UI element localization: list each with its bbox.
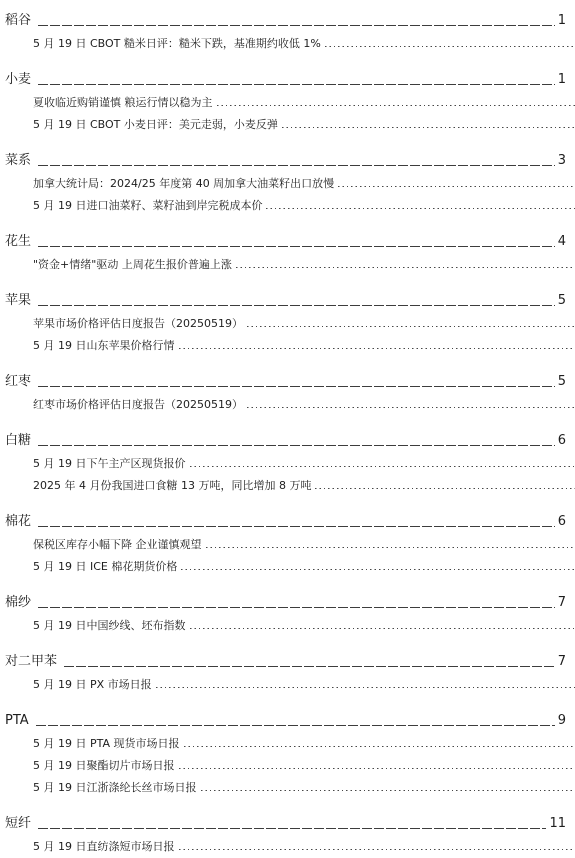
toc-section-row[interactable]: 白糖6: [5, 425, 566, 448]
dotted-leader: [184, 746, 575, 747]
toc-entry-title: 5 月 19 日 CBOT 小麦日评：美元走弱，小麦反弹: [33, 118, 278, 131]
section-page-number: 1: [558, 14, 566, 28]
toc-section-title: 对二甲苯: [5, 655, 57, 669]
section-page-number: 5: [558, 375, 566, 389]
toc-section-title: 稻谷: [5, 14, 31, 28]
dotted-leader: [325, 46, 575, 47]
dotted-leader: [315, 488, 575, 489]
toc-entry-title: "资金+情绪"驱动 上周花生报价普遍上涨: [33, 258, 232, 271]
toc-section-row[interactable]: PTA9: [5, 705, 566, 728]
section-page-number: 6: [558, 434, 566, 448]
dotted-leader: [179, 849, 575, 850]
dotted-leader: [282, 127, 575, 128]
toc-entry-title: 5 月 19 日 CBOT 糙米日评：糙米下跌，基准期约收低 1%: [33, 37, 321, 50]
section-page-number: 7: [558, 655, 566, 669]
toc-entry-row[interactable]: 5 月 19 日下午主产区现货报价6: [5, 448, 575, 470]
toc-section-row[interactable]: 菜系3: [5, 145, 566, 168]
section-page-number: 11: [549, 817, 566, 831]
underscore-leader: [38, 246, 555, 248]
section-page-number: 7: [558, 596, 566, 610]
underscore-leader: [64, 666, 555, 668]
toc-section-title: 小麦: [5, 73, 31, 87]
toc-section-title: 菜系: [5, 154, 31, 168]
dotted-leader: [201, 790, 575, 791]
toc-entry-title: 2025 年 4 月份我国进口食糖 13 万吨，同比增加 8 万吨: [33, 479, 311, 492]
dotted-leader: [156, 687, 575, 688]
dotted-leader: [217, 105, 575, 106]
underscore-leader: [38, 828, 546, 830]
toc-entry-title: 5 月 19 日 PX 市场日报: [33, 678, 152, 691]
document-page: 稻谷15 月 19 日 CBOT 糙米日评：糙米下跌，基准期约收低 1%1小麦1…: [0, 0, 575, 858]
toc-entry-title: 5 月 19 日下午主产区现货报价: [33, 457, 186, 470]
section-page-number: 4: [558, 235, 566, 249]
toc-entry-title: 红枣市场价格评估日度报告（20250519）: [33, 398, 243, 411]
toc-section-row[interactable]: 苹果5: [5, 285, 566, 308]
dotted-leader: [181, 569, 575, 570]
toc-entry-title: 5 月 19 日直纺涤短市场日报: [33, 840, 175, 853]
toc-section-title: 红枣: [5, 375, 31, 389]
toc-entry-row[interactable]: 5 月 19 日江浙涤纶长丝市场日报10: [5, 772, 575, 794]
underscore-leader: [36, 725, 555, 727]
toc-entry-row[interactable]: 5 月 19 日 ICE 棉花期货价格7: [5, 551, 575, 573]
toc-entry-title: 加拿大统计局：2024/25 年度第 40 周加拿大油菜籽出口放慢: [33, 177, 334, 190]
dotted-leader: [179, 768, 575, 769]
underscore-leader: [38, 165, 555, 167]
section-page-number: 6: [558, 515, 566, 529]
underscore-leader: [38, 84, 555, 86]
dotted-leader: [190, 466, 575, 467]
toc-section-row[interactable]: 棉花6: [5, 506, 566, 529]
section-page-number: 5: [558, 294, 566, 308]
toc-entry-title: 5 月 19 日中国纱线、坯布指数: [33, 619, 186, 632]
toc-entry-row[interactable]: 5 月 19 日直纺涤短市场日报11: [5, 831, 575, 853]
underscore-leader: [38, 386, 555, 388]
underscore-leader: [38, 25, 555, 27]
section-page-number: 9: [558, 714, 566, 728]
dotted-leader: [266, 208, 575, 209]
toc-section-row[interactable]: 红枣5: [5, 366, 566, 389]
dotted-leader: [247, 326, 575, 327]
toc-section-row[interactable]: 对二甲苯7: [5, 646, 566, 669]
toc-section-row[interactable]: 花生4: [5, 226, 566, 249]
toc-section-title: 苹果: [5, 294, 31, 308]
toc-entry-row[interactable]: 5 月 19 日山东苹果价格行情5: [5, 330, 575, 352]
toc-entry-row[interactable]: "资金+情绪"驱动 上周花生报价普遍上涨4: [5, 249, 575, 271]
toc-entry-row[interactable]: 夏收临近购销谨慎 粮运行情以稳为主1: [5, 87, 575, 109]
toc-entry-title: 5 月 19 日 ICE 棉花期货价格: [33, 560, 177, 573]
dotted-leader: [190, 628, 575, 629]
underscore-leader: [38, 445, 555, 447]
toc-entry-title: 5 月 19 日 PTA 现货市场日报: [33, 737, 180, 750]
underscore-leader: [38, 526, 555, 528]
dotted-leader: [236, 267, 575, 268]
toc-entry-row[interactable]: 红枣市场价格评估日度报告（20250519）5: [5, 389, 575, 411]
toc-entry-row[interactable]: 5 月 19 日 CBOT 糙米日评：糙米下跌，基准期约收低 1%1: [5, 28, 575, 50]
toc-section-title: 棉花: [5, 515, 31, 529]
toc-section-row[interactable]: 棉纱7: [5, 587, 566, 610]
toc-entry-title: 5 月 19 日进口油菜籽、菜籽油到岸完税成本价: [33, 199, 262, 212]
dotted-leader: [247, 407, 575, 408]
toc-section-row[interactable]: 短纤11: [5, 808, 566, 831]
section-page-number: 1: [558, 73, 566, 87]
toc-section-row[interactable]: 小麦1: [5, 64, 566, 87]
toc-entry-title: 保税区库存小幅下降 企业谨慎观望: [33, 538, 202, 551]
dotted-leader: [338, 186, 575, 187]
dotted-leader: [206, 547, 575, 548]
table-of-contents: 稻谷15 月 19 日 CBOT 糙米日评：糙米下跌，基准期约收低 1%1小麦1…: [5, 5, 566, 853]
underscore-leader: [38, 607, 555, 609]
toc-entry-row[interactable]: 5 月 19 日聚酯切片市场日报10: [5, 750, 575, 772]
toc-entry-row[interactable]: 5 月 19 日 PTA 现货市场日报9: [5, 728, 575, 750]
toc-entry-row[interactable]: 5 月 19 日进口油菜籽、菜籽油到岸完税成本价4: [5, 190, 575, 212]
toc-entry-row[interactable]: 苹果市场价格评估日度报告（20250519）5: [5, 308, 575, 330]
toc-entry-row[interactable]: 2025 年 4 月份我国进口食糖 13 万吨，同比增加 8 万吨6: [5, 470, 575, 492]
toc-entry-title: 5 月 19 日山东苹果价格行情: [33, 339, 175, 352]
toc-section-title: 白糖: [5, 434, 31, 448]
toc-entry-row[interactable]: 加拿大统计局：2024/25 年度第 40 周加拿大油菜籽出口放慢3: [5, 168, 575, 190]
toc-entry-row[interactable]: 保税区库存小幅下降 企业谨慎观望6: [5, 529, 575, 551]
toc-section-title: PTA: [5, 714, 29, 728]
toc-entry-title: 5 月 19 日聚酯切片市场日报: [33, 759, 175, 772]
toc-section-title: 棉纱: [5, 596, 31, 610]
section-page-number: 3: [558, 154, 566, 168]
toc-entry-title: 夏收临近购销谨慎 粮运行情以稳为主: [33, 96, 213, 109]
dotted-leader: [179, 348, 575, 349]
toc-entry-title: 5 月 19 日江浙涤纶长丝市场日报: [33, 781, 197, 794]
toc-section-title: 花生: [5, 235, 31, 249]
toc-entry-row[interactable]: 5 月 19 日 PX 市场日报7: [5, 669, 575, 691]
toc-entry-row[interactable]: 5 月 19 日中国纱线、坯布指数7: [5, 610, 575, 632]
toc-section-title: 短纤: [5, 817, 31, 831]
toc-entry-title: 苹果市场价格评估日度报告（20250519）: [33, 317, 243, 330]
underscore-leader: [38, 305, 555, 307]
toc-entry-row[interactable]: 5 月 19 日 CBOT 小麦日评：美元走弱，小麦反弹2: [5, 109, 575, 131]
toc-section-row[interactable]: 稻谷1: [5, 5, 566, 28]
